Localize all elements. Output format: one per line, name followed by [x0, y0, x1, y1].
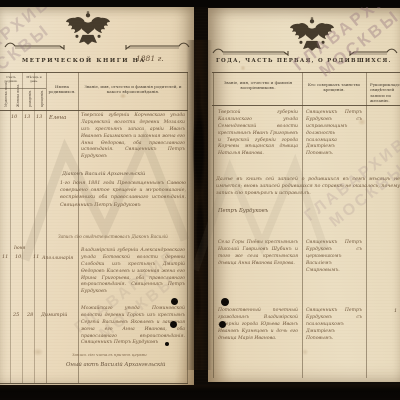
- archive-logo-watermark: [190, 150, 330, 280]
- entry-godparents-text: Потомственный почетный гражданинъ Владим…: [218, 308, 298, 342]
- entry-row-number: 11: [2, 254, 8, 260]
- entry-parents-text: Можайскаго уѣзда Поминовской волости дер…: [81, 306, 185, 347]
- table-rule: [366, 72, 367, 378]
- table-rule: [212, 105, 400, 106]
- header-date-birth: рожденія.: [28, 90, 32, 107]
- header-names: Имена родившихся.: [47, 84, 77, 95]
- closing-small-line: Запись сію читалъ причтъ церкви: [72, 352, 147, 357]
- header-date-baptism: крещенія.: [40, 90, 44, 107]
- punch-hole: [170, 321, 177, 328]
- scan-bottom-band: [0, 385, 400, 400]
- page-title: ГОДА, ЧАСТЬ ПЕРВАЯ, О РОДИВШИХСЯ.: [216, 58, 392, 64]
- punch-hole: [165, 342, 169, 346]
- entry-row-number: 10: [11, 114, 17, 120]
- entry-baptized-day: 28: [27, 312, 33, 318]
- edge-sheet-number: 1: [394, 308, 397, 314]
- header-count-female: Женска пола.: [16, 84, 20, 107]
- entry-officiant-text: Священникъ Петръ Бурдуковъ съ псаломщико…: [306, 308, 362, 342]
- table-rule: [0, 72, 188, 73]
- header-godparents: Званіе, имя, отчество и фамилія воспріем…: [220, 80, 296, 91]
- archival-scan: МЕТРИЧЕСКОЙ КНИГИ НА 1881 г. Счетъ родив…: [0, 0, 400, 400]
- archive-logo-watermark: [20, 120, 190, 270]
- table-rule: [0, 110, 188, 111]
- punch-hole: [221, 298, 229, 306]
- header-parents: Званіе, имя, отчество и фамилія родителе…: [82, 84, 184, 95]
- header-officiant: Кто совершалъ таинство крещенія.: [307, 82, 361, 93]
- punch-hole: [219, 321, 226, 328]
- header-date-group: Мѣсяцъ и день.: [22, 75, 46, 83]
- title-year: 1881 г.: [136, 54, 164, 63]
- table-rule: [212, 72, 400, 73]
- banner-rule: [2, 39, 192, 51]
- entry-child-name: Димитрій: [41, 313, 67, 318]
- closing-signature: Оный актъ Василій Архангельскій: [66, 362, 165, 368]
- header-count-male: Мужеска пола.: [4, 81, 8, 107]
- entry-born-day: 25: [13, 312, 19, 318]
- page-title: МЕТРИЧЕСКОЙ КНИГИ НА: [22, 58, 146, 64]
- punch-hole: [171, 298, 178, 305]
- header-signatures: Рукоприкладство свидѣтелей записи по жел…: [370, 82, 400, 104]
- scan-top-band: [0, 0, 400, 7]
- banner-rule: [210, 45, 400, 57]
- table-rule: [0, 383, 188, 384]
